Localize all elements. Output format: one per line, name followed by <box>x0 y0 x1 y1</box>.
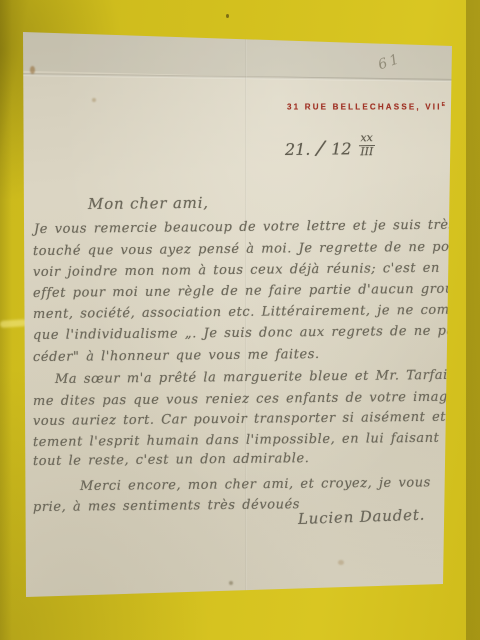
letter-body-line: tement l'esprit humain dans l'impossible… <box>33 430 480 450</box>
letter-closing-line: Merci encore, mon cher ami, et croyez, j… <box>80 475 431 494</box>
letter-body-line: me dites pas que vous reniez ces enfants… <box>33 389 480 409</box>
signature: Lucien Daudet. <box>298 506 426 528</box>
letter-body-line: tout le reste, c'est un don admirable. <box>33 451 310 469</box>
letter-paper: 61 31 RUE BELLECHASSE, VIIE 21. / 12 xx … <box>0 0 480 640</box>
handwritten-date: 21. / 12 xx III <box>285 136 375 162</box>
letter-body-line: Je vous remercie beaucoup de votre lettr… <box>34 218 456 237</box>
background-speck <box>226 14 229 18</box>
background-shade-band <box>466 0 480 640</box>
paper-stain <box>338 560 344 565</box>
letter-body-line: touché que vous ayez pensé à moi. Je reg… <box>33 239 464 259</box>
letter-body-line: effet pour moi une règle de ne faire par… <box>33 281 476 301</box>
date-year-fraction: xx III <box>358 132 375 157</box>
letter-body-line: vous auriez tort. Car pouvoir transporte… <box>33 409 480 429</box>
date-fraction-top: xx <box>358 132 375 146</box>
paper-stain <box>92 98 96 102</box>
date-day: 21. <box>285 140 311 159</box>
date-separator: / <box>316 135 326 160</box>
letter-body-line: ment, société, association etc. Littérai… <box>33 302 480 322</box>
letter-photograph: 61 31 RUE BELLECHASSE, VIIE 21. / 12 xx … <box>0 0 480 640</box>
letterhead-arrondissement-superscript: E <box>442 102 445 108</box>
date-month: 12 <box>331 139 352 158</box>
letterhead-address-text: 31 RUE BELLECHASSE, VII <box>287 103 442 112</box>
paper-stain <box>30 66 35 74</box>
printed-letterhead-address: 31 RUE BELLECHASSE, VIIE <box>287 102 445 112</box>
letter-body-line: céder" à l'honneur que vous me faites. <box>33 347 320 365</box>
background-scratch <box>0 319 27 328</box>
salutation: Mon cher ami, <box>88 194 209 213</box>
letter-closing-line: prie, à mes sentiments très dévoués <box>33 497 300 515</box>
letter-body-line: que l'individualisme „. Je suis donc aux… <box>33 323 480 343</box>
date-fraction-bottom: III <box>360 146 373 158</box>
letter-body-line: voir joindre mon nom à tous ceux déjà ré… <box>33 261 440 280</box>
letter-body-line: Ma sœur m'a prêté la marguerite bleue et… <box>55 367 480 387</box>
paper-stain <box>229 581 233 585</box>
